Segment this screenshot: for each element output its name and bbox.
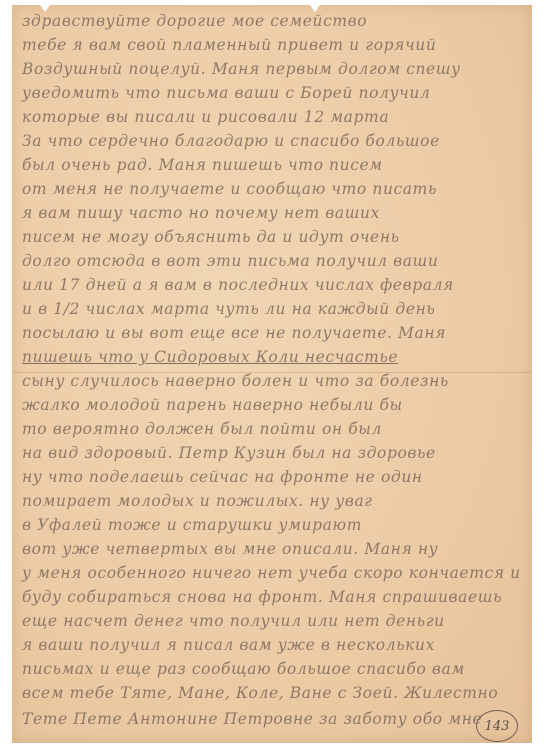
letter-line: я вам пишу часто но почему нет ваших [22, 204, 380, 222]
letter-line: то вероятно должен был пойти он был [22, 420, 382, 438]
letter-line: еще насчет денег что получил или нет ден… [22, 612, 445, 630]
paper-tear [310, 5, 320, 12]
letter-line: Воздушный поцелуй. Маня первым долгом сп… [22, 60, 461, 78]
letter-line: был очень рад. Маня пишешь что писем [22, 156, 383, 174]
letter-line: у меня особенного ничего нет учеба скоро… [22, 564, 521, 582]
letter-line: здравствуйте дорогие мое семейство [22, 12, 367, 30]
letter-line: долго отсюда в вот эти письма получил ва… [22, 252, 439, 270]
letter-line: посылаю и вы вот еще все не получаете. М… [22, 324, 446, 342]
letter-line: на вид здоровый. Петр Кузин был на здоро… [22, 444, 436, 462]
letter-line: ну что поделаешь сейчас на фронте не оди… [22, 468, 423, 486]
letter-line: от меня не получаете и сообщаю что писат… [22, 180, 437, 198]
letter-line: помирает молодых и пожилых. ну уваг [22, 492, 373, 510]
letter-line: буду собираться снова на фронт. Маня спр… [22, 588, 502, 606]
letter-line: всем тебе Тяте, Мане, Коле, Ване с Зоей.… [22, 684, 498, 702]
letter-line: или 17 дней а я вам в последних числах ф… [22, 276, 454, 294]
paper-tear [40, 5, 50, 12]
letter-line: которые вы писали и рисовали 12 марта [22, 108, 389, 126]
letter-line: и в 1/2 числах марта чуть ли на каждый д… [22, 300, 435, 318]
letter-line: тебе я вам свой пламенный привет и горяч… [22, 36, 436, 54]
letter-line: сыну случилось наверно болен и что за бо… [22, 372, 449, 390]
letter-line: вот уже четвертых вы мне описали. Маня н… [22, 540, 438, 558]
letter-line: пишешь что у Сидоровых Коли несчастье [22, 348, 398, 366]
letter-line: За что сердечно благодарю и спасибо боль… [22, 132, 440, 150]
letter-line: Тете Пете Антонине Петровне за заботу об… [22, 710, 482, 728]
letter-line: письмах и еще раз сообщаю большое спасиб… [22, 660, 465, 678]
letter-line: в Уфалей тоже и старушки умирают [22, 516, 362, 534]
letter-line: уведомить что письма ваши с Борей получи… [22, 84, 430, 102]
letter-line: писем не могу объяснить да и идут очень [22, 228, 400, 246]
letter-line: жалко молодой парень наверно небыли бы [22, 396, 403, 414]
page-number-circle: 143 [476, 710, 518, 742]
letter-line: я ваши получил я писал вам уже в несколь… [22, 636, 435, 654]
